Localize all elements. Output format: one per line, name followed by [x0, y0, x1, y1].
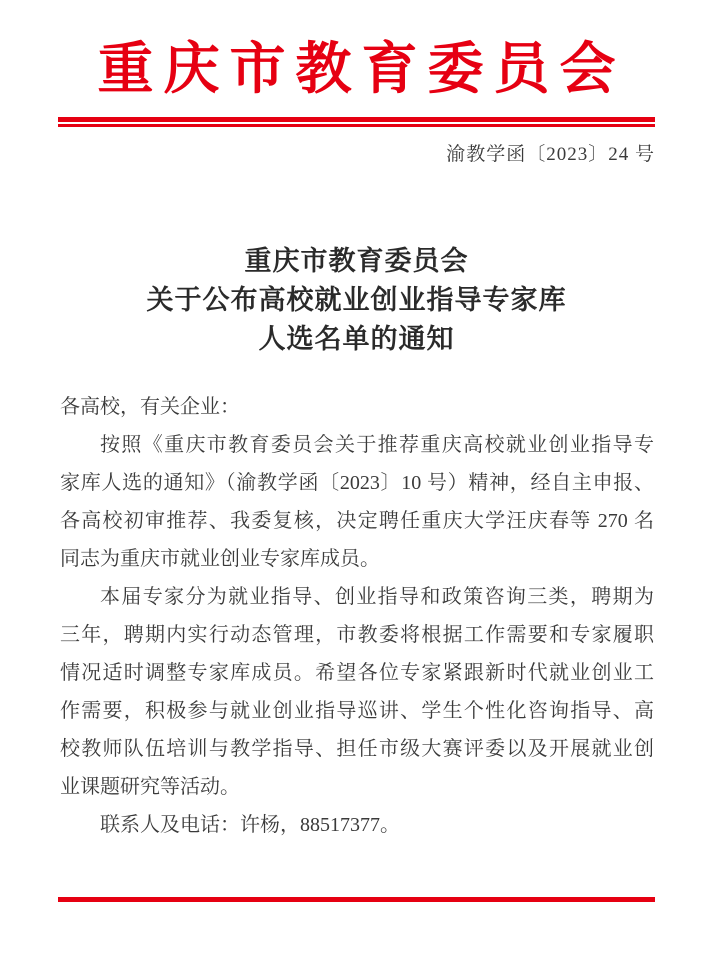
notice-title-line-3: 人选名单的通知: [0, 320, 713, 359]
contact-line: 联系人及电话：许杨，88517377。: [60, 806, 654, 844]
notice-body: 各高校，有关企业： 按照《重庆市教育委员会关于推荐重庆高校就业创业指导专 家库人…: [60, 388, 654, 844]
body-line: 同志为重庆市就业创业专家库成员。: [60, 540, 654, 578]
body-line: 按照《重庆市教育委员会关于推荐重庆高校就业创业指导专: [60, 426, 654, 464]
body-line: 家库人选的通知》（渝教学函〔2023〕10 号）精神，经自主申报、: [60, 464, 654, 502]
notice-title: 重庆市教育委员会 关于公布高校就业创业指导专家库 人选名单的通知: [0, 242, 713, 359]
body-line: 各高校初审推荐、我委复核，决定聘任重庆大学汪庆春等 270 名: [60, 502, 654, 540]
body-line: 作需要，积极参与就业创业指导巡讲、学生个性化咨询指导、高: [60, 692, 654, 730]
body-line: 情况适时调整专家库成员。希望各位专家紧跟新时代就业创业工: [60, 654, 654, 692]
salutation-line: 各高校，有关企业：: [60, 388, 654, 426]
letterhead-title: 重庆市教育委员会: [0, 34, 713, 104]
body-line: 校教师队伍培训与教学指导、担任市级大赛评委以及开展就业创: [60, 730, 654, 768]
notice-title-line-1: 重庆市教育委员会: [0, 242, 713, 281]
body-line: 业课题研究等活动。: [60, 768, 654, 806]
document-page: 重庆市教育委员会 渝教学函〔2023〕24 号 重庆市教育委员会 关于公布高校就…: [0, 0, 713, 959]
footer-divider-line: [58, 897, 655, 902]
document-number: 渝教学函〔2023〕24 号: [446, 142, 655, 168]
notice-title-line-2: 关于公布高校就业创业指导专家库: [0, 281, 713, 320]
body-line: 三年，聘期内实行动态管理，市教委将根据工作需要和专家履职: [60, 616, 654, 654]
body-line: 本届专家分为就业指导、创业指导和政策咨询三类，聘期为: [60, 578, 654, 616]
header-divider-line: [58, 117, 655, 127]
